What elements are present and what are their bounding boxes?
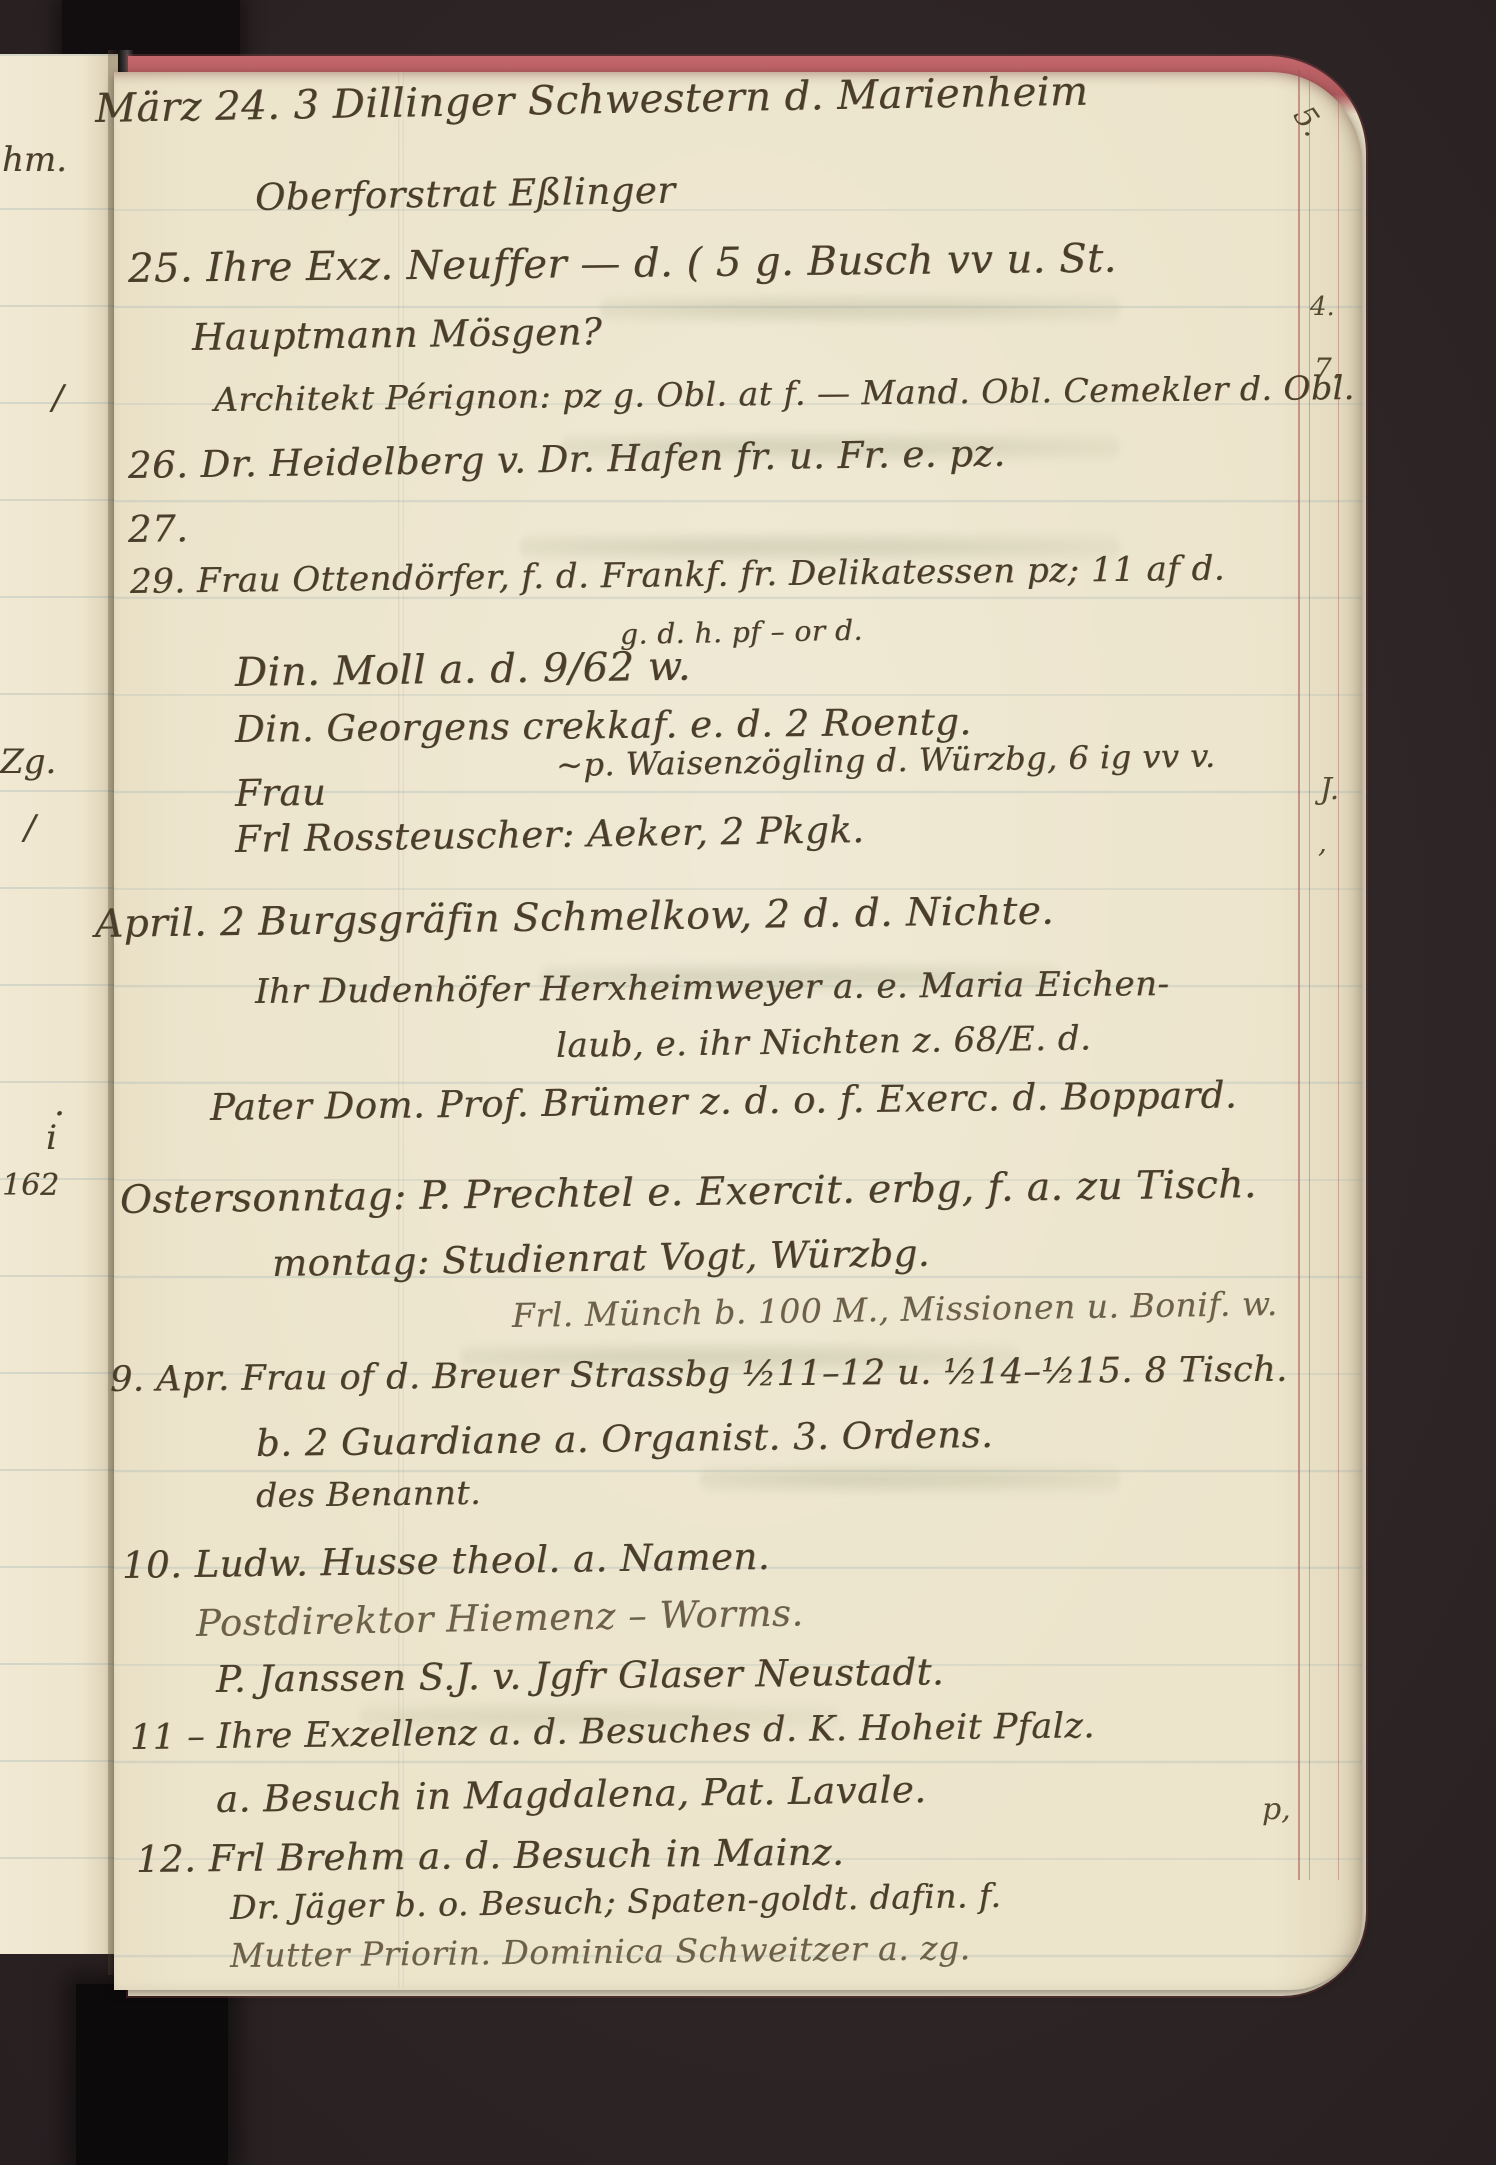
left-page-text-fragment: i (46, 1118, 57, 1158)
margin-mark: p, (1262, 1792, 1291, 1827)
book-spine-bottom (76, 1984, 228, 2165)
diary-line: Hauptmann Mösgen? (192, 310, 603, 359)
scanned-diary-photo: hm. / Zg. / . i 162 März 24. 3 Dillinger… (0, 0, 1496, 2165)
margin-mark: , (1318, 826, 1327, 859)
left-page-text-fragment: Zg. (0, 742, 56, 782)
diary-line: Ihr Dudenhöfer Herxheimweyer a. e. Maria… (255, 964, 1170, 1012)
left-page-text-fragment: 162 (2, 1168, 59, 1203)
diary-line: Din. Moll a. d. 9/62 w. (235, 644, 692, 696)
diary-line: des Benannt. (256, 1473, 482, 1515)
left-page-text-fragment: hm. (2, 140, 67, 180)
diary-line: Mutter Priorin. Dominica Schweitzer a. z… (230, 1928, 971, 1975)
left-page-ruled-lines (0, 54, 118, 1954)
margin-mark: 7. (1314, 352, 1341, 385)
left-page-text-fragment: / (24, 808, 35, 848)
ink-bleedthrough (600, 292, 1120, 326)
diary-line: 27. (128, 507, 189, 551)
diary-line: b. 2 Guardiane a. Organist. 3. Ordens. (256, 1413, 994, 1465)
red-margin-line (1298, 70, 1310, 1880)
ink-bleedthrough (700, 1462, 1120, 1496)
diary-line: Oberforstrat Eßlinger (255, 169, 676, 219)
diary-line: 10. Ludw. Husse theol. a. Namen. (122, 1535, 771, 1587)
diary-line: 12. Frl Brehm a. d. Besuch in Mainz. (136, 1831, 845, 1881)
diary-line: laub, e. ihr Nichten z. 68/E. d. (556, 1019, 1092, 1066)
margin-mark: J. (1320, 772, 1339, 807)
left-page-text-fragment: / (52, 378, 63, 418)
diary-line: Frau (235, 771, 327, 815)
margin-mark: 4. (1310, 292, 1335, 322)
diary-line: P. Janssen S.J. v. Jgfr Glaser Neustadt. (216, 1650, 945, 1701)
left-page-edge (0, 54, 118, 1954)
